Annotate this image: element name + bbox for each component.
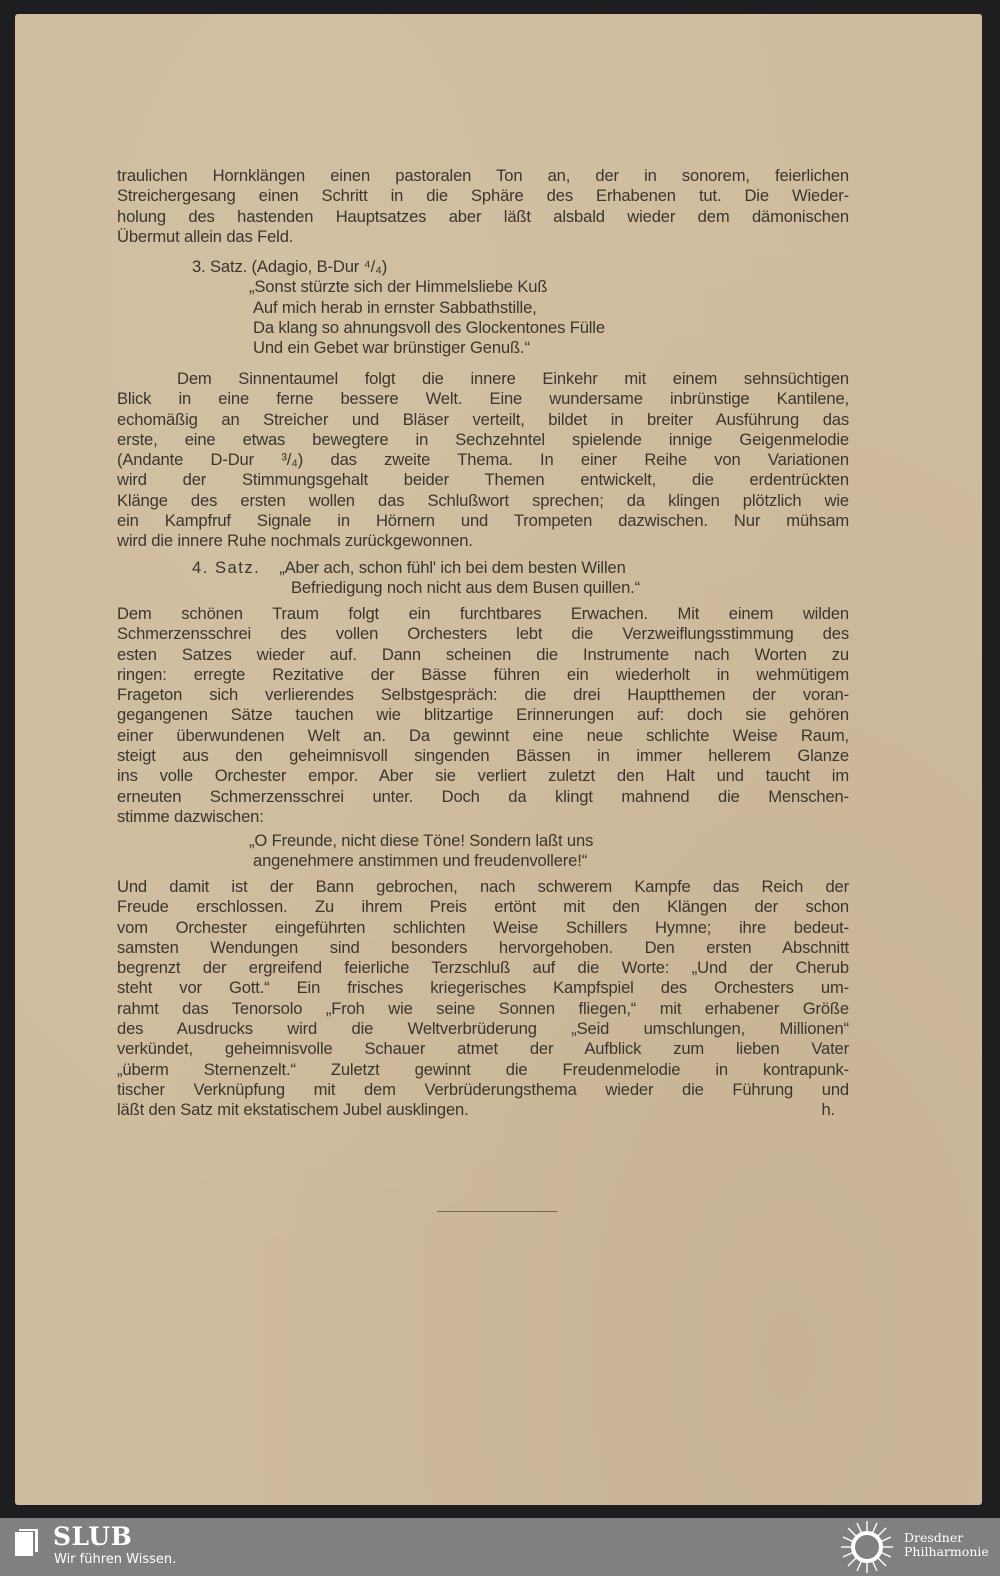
text-line: Frageton sich verlierendes Selbstgespräc… [117,685,849,705]
footer-bar: SLUB Wir führen Wissen. Dresdner Philhar… [0,1518,1000,1576]
philharmonie-name: Dresdner Philharmonie [904,1531,989,1559]
text-line: läßt den Satz mit ekstatischem Jubel aus… [117,1100,469,1119]
text-line: Und damit ist der Bann gebrochen, nach s… [117,877,849,897]
paragraph-satz-3: Dem Sinnentaumel folgt die innere Einkeh… [117,369,849,552]
text-line: (Andante D-Dur ³/₄) das zweite Thema. In… [117,450,849,470]
text-line: rahmt das Tenorsolo „Froh wie seine Sonn… [117,999,849,1019]
text-line: steht vor Gott.“ Ein frisches kriegerisc… [117,978,849,998]
verse-line: Auf mich herab in ernster Sabbathstille, [117,298,849,318]
slub-book-icon [13,1528,41,1558]
text-line: esten Satzes wieder auf. Dann scheinen d… [117,645,849,665]
paragraph-final: Und damit ist der Bann gebrochen, nach s… [117,877,849,1121]
text-line: Klänge des ersten wollen das Schlußwort … [117,491,849,511]
text-line: Dem Sinnentaumel folgt die innere Einkeh… [117,369,849,389]
text-line: wird die innere Ruhe nochmals zurückgewo… [117,531,849,551]
text-line: Schmerzensschrei des vollen Orchesters l… [117,624,849,644]
quote-line: angenehmere anstimmen und freudenvollere… [117,851,849,871]
text-line: des Ausdrucks wird die Weltverbrüderung … [117,1019,849,1039]
text-line: echomäßig an Streicher und Bläser vertei… [117,410,849,430]
text-line: steigt aus den geheimnisvoll singenden B… [117,746,849,766]
separator-rule [437,1211,557,1212]
sunburst-ring-icon [840,1520,894,1574]
section-heading-label: 4. Satz. [192,558,260,577]
quote-line: Befriedigung noch nicht aus dem Busen qu… [117,578,849,598]
text-line: traulichen Hornklängen einen pastoralen … [117,166,849,186]
text-line: Streichergesang einen Schritt in die Sph… [117,186,849,206]
verse-line: Da klang so ahnungsvoll des Glockentones… [117,318,849,338]
text-line: ringen: erregte Rezitative der Bässe füh… [117,665,849,685]
text-line: einer überwundenen Welt an. Da gewinnt e… [117,726,849,746]
text-line: vom Orchester eingeführten schlichten We… [117,918,849,938]
paragraph-satz-4: Dem schönen Traum folgt ein furchtbares … [117,604,849,827]
freude-quote: „O Freunde, nicht diese Töne! Sondern la… [117,831,849,872]
paragraph-intro: traulichen Hornklängen einen pastoralen … [117,166,849,247]
section-satz-4: 4. Satz. „Aber ach, schon fühl' ich bei … [117,558,849,599]
text-line: erste, eine etwas bewegtere in Sechzehnt… [117,430,849,450]
text-line: verkündet, geheimnisvolle Schauer atmet … [117,1039,849,1059]
text-line: erneuten Schmerzensschrei unter. Doch da… [117,787,849,807]
text-line: samsten Wendungen sind besonders hervorg… [117,938,849,958]
text-line: holung des hastenden Hauptsatzes aber lä… [117,207,849,227]
text-line: Übermut allein das Feld. [117,227,849,247]
text-line: ins volle Orchester empor. Aber sie verl… [117,766,849,786]
section-heading-satz-4: 4. Satz. „Aber ach, schon fühl' ich bei … [117,558,849,578]
text-line: wird der Stimmungsgehalt beider Themen e… [117,470,849,490]
section-satz-3: 3. Satz. (Adagio, B-Dur ⁴/₄) „Sonst stür… [117,257,849,358]
text-line: „überm Sternenzelt.“ Zuletzt gewinnt die… [117,1060,849,1080]
slub-name: SLUB [53,1522,132,1551]
author-signature: h. [821,1100,835,1120]
text-line: Dem schönen Traum folgt ein furchtbares … [117,604,849,624]
text-line: ein Kampfruf Signale in Hörnern und Trom… [117,511,849,531]
slub-tagline: Wir führen Wissen. [54,1552,176,1567]
text-line: stimme dazwischen: [117,807,849,827]
text-line: tischer Verknüpfung mit dem Verbrüderung… [117,1080,849,1100]
verse-line: „Sonst stürzte sich der Himmelsliebe Kuß [117,277,849,297]
text-line: Freude erschlossen. Zu ihrem Preis ertön… [117,897,849,917]
verse-line: Und ein Gebet war brünstiger Genuß.“ [117,338,849,358]
text-line: Blick in eine ferne bessere Welt. Eine w… [117,389,849,409]
quote-line: „Aber ach, schon fühl' ich bei dem beste… [279,558,625,577]
text-line: begrenzt der ergreifend feierliche Terzs… [117,958,849,978]
quote-line: „O Freunde, nicht diese Töne! Sondern la… [117,831,849,851]
philharmonie-name-line2: Philharmonie [904,1545,989,1559]
text-line: gegangenen Sätze tauchen wie blitzartige… [117,705,849,725]
philharmonie-name-line1: Dresdner [904,1531,989,1545]
text-line-with-signature: läßt den Satz mit ekstatischem Jubel aus… [117,1100,849,1120]
section-heading-satz-3: 3. Satz. (Adagio, B-Dur ⁴/₄) [117,257,849,277]
